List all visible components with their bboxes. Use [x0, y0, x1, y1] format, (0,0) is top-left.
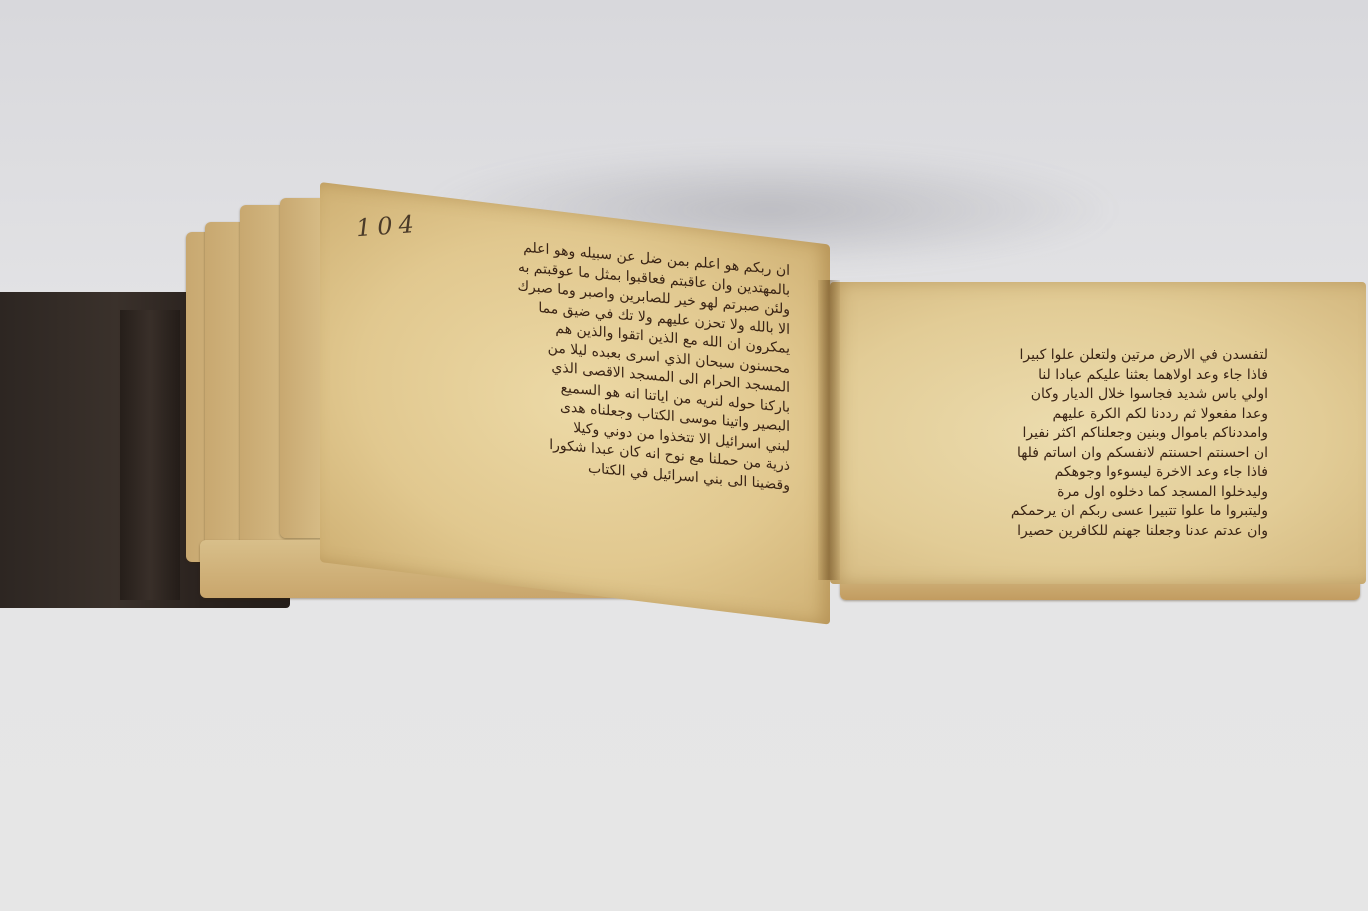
left-page-text: ان ربكم هو اعلم بمن ضل عن سبيله وهو اعلم… [410, 229, 790, 522]
cover-spine [120, 310, 180, 600]
text-line: وليدخلوا المسجد كما دخلوه اول مرة [878, 483, 1268, 503]
text-line: وان عدتم عدنا وجعلنا جهنم للكافرين حصيرا [878, 522, 1268, 542]
book-gutter [818, 280, 840, 580]
right-page-text: لتفسدن في الارض مرتين ولتعلن علوا كبيرا … [878, 346, 1268, 546]
text-line: وامددناكم باموال وبنين وجعلناكم اكثر نفي… [878, 424, 1268, 444]
text-line: ان احسنتم احسنتم لانفسكم وان اساتم فلها [878, 444, 1268, 464]
text-line: وليتبروا ما علوا تتبيرا عسى ربكم ان يرحم… [878, 502, 1268, 522]
text-line: اولي باس شديد فجاسوا خلال الديار وكان [878, 385, 1268, 405]
text-line: فاذا جاء وعد اولاهما بعثنا عليكم عبادا ل… [878, 366, 1268, 386]
text-line: وعدا مفعولا ثم رددنا لكم الكرة عليهم [878, 405, 1268, 425]
text-line: لتفسدن في الارض مرتين ولتعلن علوا كبيرا [878, 346, 1268, 366]
text-line: فاذا جاء وعد الاخرة ليسوءوا وجوهكم [878, 463, 1268, 483]
